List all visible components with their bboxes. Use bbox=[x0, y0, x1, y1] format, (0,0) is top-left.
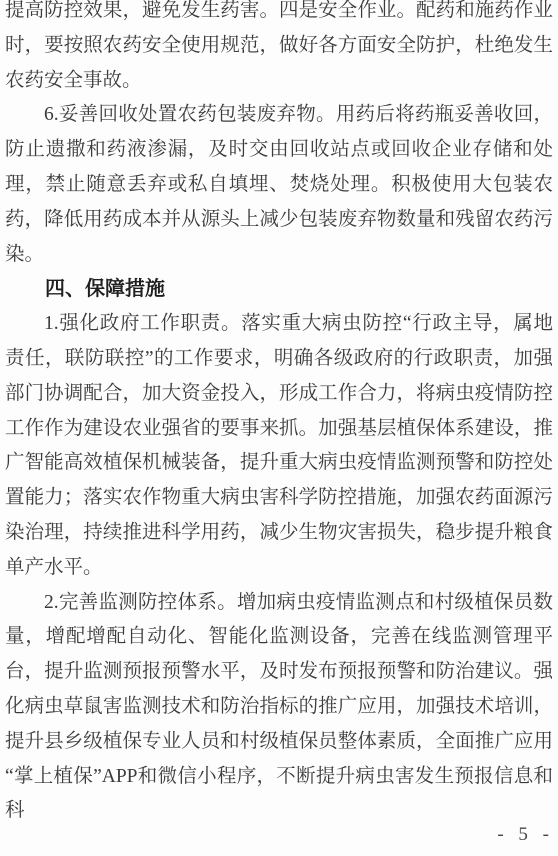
document-body: 提高防控效果，避免发生药害。四是安全作业。配药和施药作业时，要按照农药安全使用规… bbox=[5, 0, 553, 829]
page-number: - 5 - bbox=[497, 824, 554, 846]
paragraph-continuation: 提高防控效果，避免发生药害。四是安全作业。配药和施药作业时，要按照农药安全使用规… bbox=[5, 0, 553, 98]
paragraph-item-6: 6.妥善回收处置农药包装废弃物。用药后将药瓶妥善收回，防止遗撒和药液渗漏，及时交… bbox=[5, 98, 553, 272]
paragraph-item-1: 1.强化政府工作职责。落实重大病虫防控“行政主导，属地责任，联防联控”的工作要求… bbox=[5, 307, 553, 585]
section-heading-4: 四、保障措施 bbox=[5, 272, 553, 307]
paragraph-item-2: 2.完善监测防控体系。增加病虫疫情监测点和村级植保员数量，增配增配自动化、智能化… bbox=[5, 586, 553, 830]
document-page: 提高防控效果，避免发生药害。四是安全作业。配药和施药作业时，要按照农药安全使用规… bbox=[0, 0, 558, 856]
